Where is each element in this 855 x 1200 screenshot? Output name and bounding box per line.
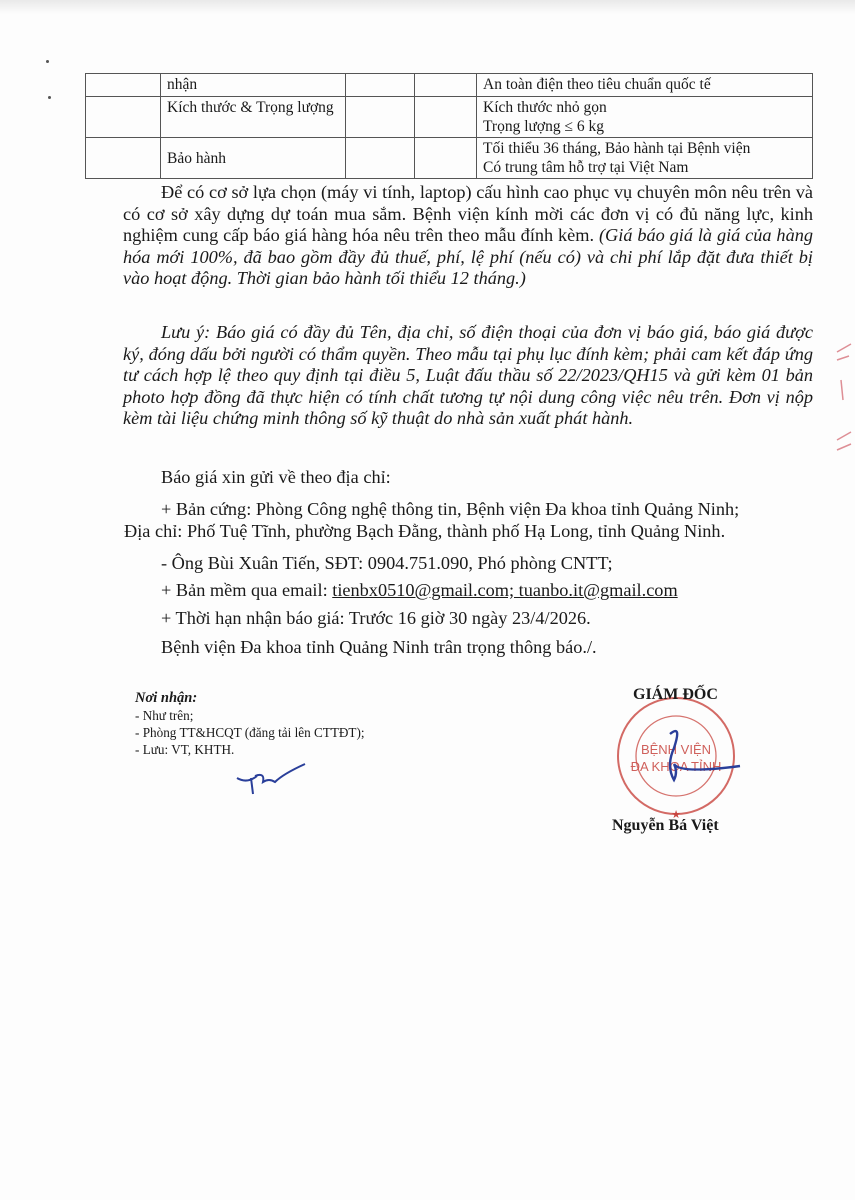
requirement-line: Có trung tâm hỗ trợ tại Việt Nam <box>483 158 806 177</box>
contact-line: - Ông Bùi Xuân Tiến, SĐT: 0904.751.090, … <box>161 553 613 574</box>
recipient-item: - Lưu: VT, KHTH. <box>135 741 375 758</box>
send-to-heading: Báo giá xin gửi về theo địa chỉ: <box>161 467 391 488</box>
recipient-item: - Phòng TT&HCQT (đăng tải lên CTTĐT); <box>135 724 375 741</box>
recipients-heading: Nơi nhận: <box>135 690 375 707</box>
deadline-line: + Thời hạn nhận báo giá: Trước 16 giờ 30… <box>161 608 591 629</box>
recipients-block: Nơi nhận: - Như trên; - Phòng TT&HCQT (đ… <box>135 690 375 758</box>
soft-copy-label: + Bản mềm qua email: <box>161 580 332 600</box>
invitation-paragraph: Để có cơ sở lựa chọn (máy vi tính, lapto… <box>123 182 813 290</box>
spec-table: nhận An toàn điện theo tiêu chuẩn quốc t… <box>85 73 813 179</box>
scan-speck <box>46 60 49 63</box>
document-page: nhận An toàn điện theo tiêu chuẩn quốc t… <box>0 0 855 1200</box>
table-row: nhận An toàn điện theo tiêu chuẩn quốc t… <box>86 74 813 97</box>
recipient-item: - Như trên; <box>135 707 375 724</box>
requirement-line: Kích thước nhỏ gọn <box>483 98 806 117</box>
scan-smudge <box>0 0 855 14</box>
signer-name: Nguyễn Bá Việt <box>612 817 719 835</box>
official-stamp-icon: BỆNH VIỆN ĐA KHOA TỈNH ★ <box>608 696 748 821</box>
table-row: Bảo hành Tối thiểu 36 tháng, Bảo hành tạ… <box>86 138 813 179</box>
table-row: Kích thước & Trọng lượng Kích thước nhỏ … <box>86 97 813 138</box>
signer-role: GIÁM ĐỐC <box>633 686 718 704</box>
criterion-cell: nhận <box>161 74 346 97</box>
note-text: Lưu ý: Báo giá có đầy đủ Tên, địa chỉ, s… <box>123 322 813 428</box>
closing-line: Bệnh viện Đa khoa tỉnh Quảng Ninh trân t… <box>161 637 597 658</box>
requirement-cell: Kích thước nhỏ gọn Trọng lượng ≤ 6 kg <box>477 97 813 138</box>
scan-speck <box>48 96 51 99</box>
initials-signature-icon <box>235 760 310 800</box>
email-links[interactable]: tienbx0510@gmail.com; tuanbo.it@gmail.co… <box>332 580 677 600</box>
criterion-cell: Kích thước & Trọng lượng <box>161 97 346 138</box>
hard-copy-line: + Bản cứng: Phòng Công nghệ thông tin, B… <box>161 499 739 520</box>
requirement-line: Trọng lượng ≤ 6 kg <box>483 117 806 136</box>
margin-marks-icon <box>835 340 855 470</box>
requirement-cell: Tối thiểu 36 tháng, Bảo hành tại Bệnh vi… <box>477 138 813 179</box>
requirement-line: Tối thiểu 36 tháng, Bảo hành tại Bệnh vi… <box>483 139 806 158</box>
soft-copy-line: + Bản mềm qua email: tienbx0510@gmail.co… <box>161 580 678 601</box>
note-paragraph: Lưu ý: Báo giá có đầy đủ Tên, địa chỉ, s… <box>123 322 813 430</box>
address-line: Địa chỉ: Phố Tuệ Tĩnh, phường Bạch Đằng,… <box>124 521 725 542</box>
criterion-cell: Bảo hành <box>161 138 346 179</box>
requirement-cell: An toàn điện theo tiêu chuẩn quốc tế <box>477 74 813 97</box>
